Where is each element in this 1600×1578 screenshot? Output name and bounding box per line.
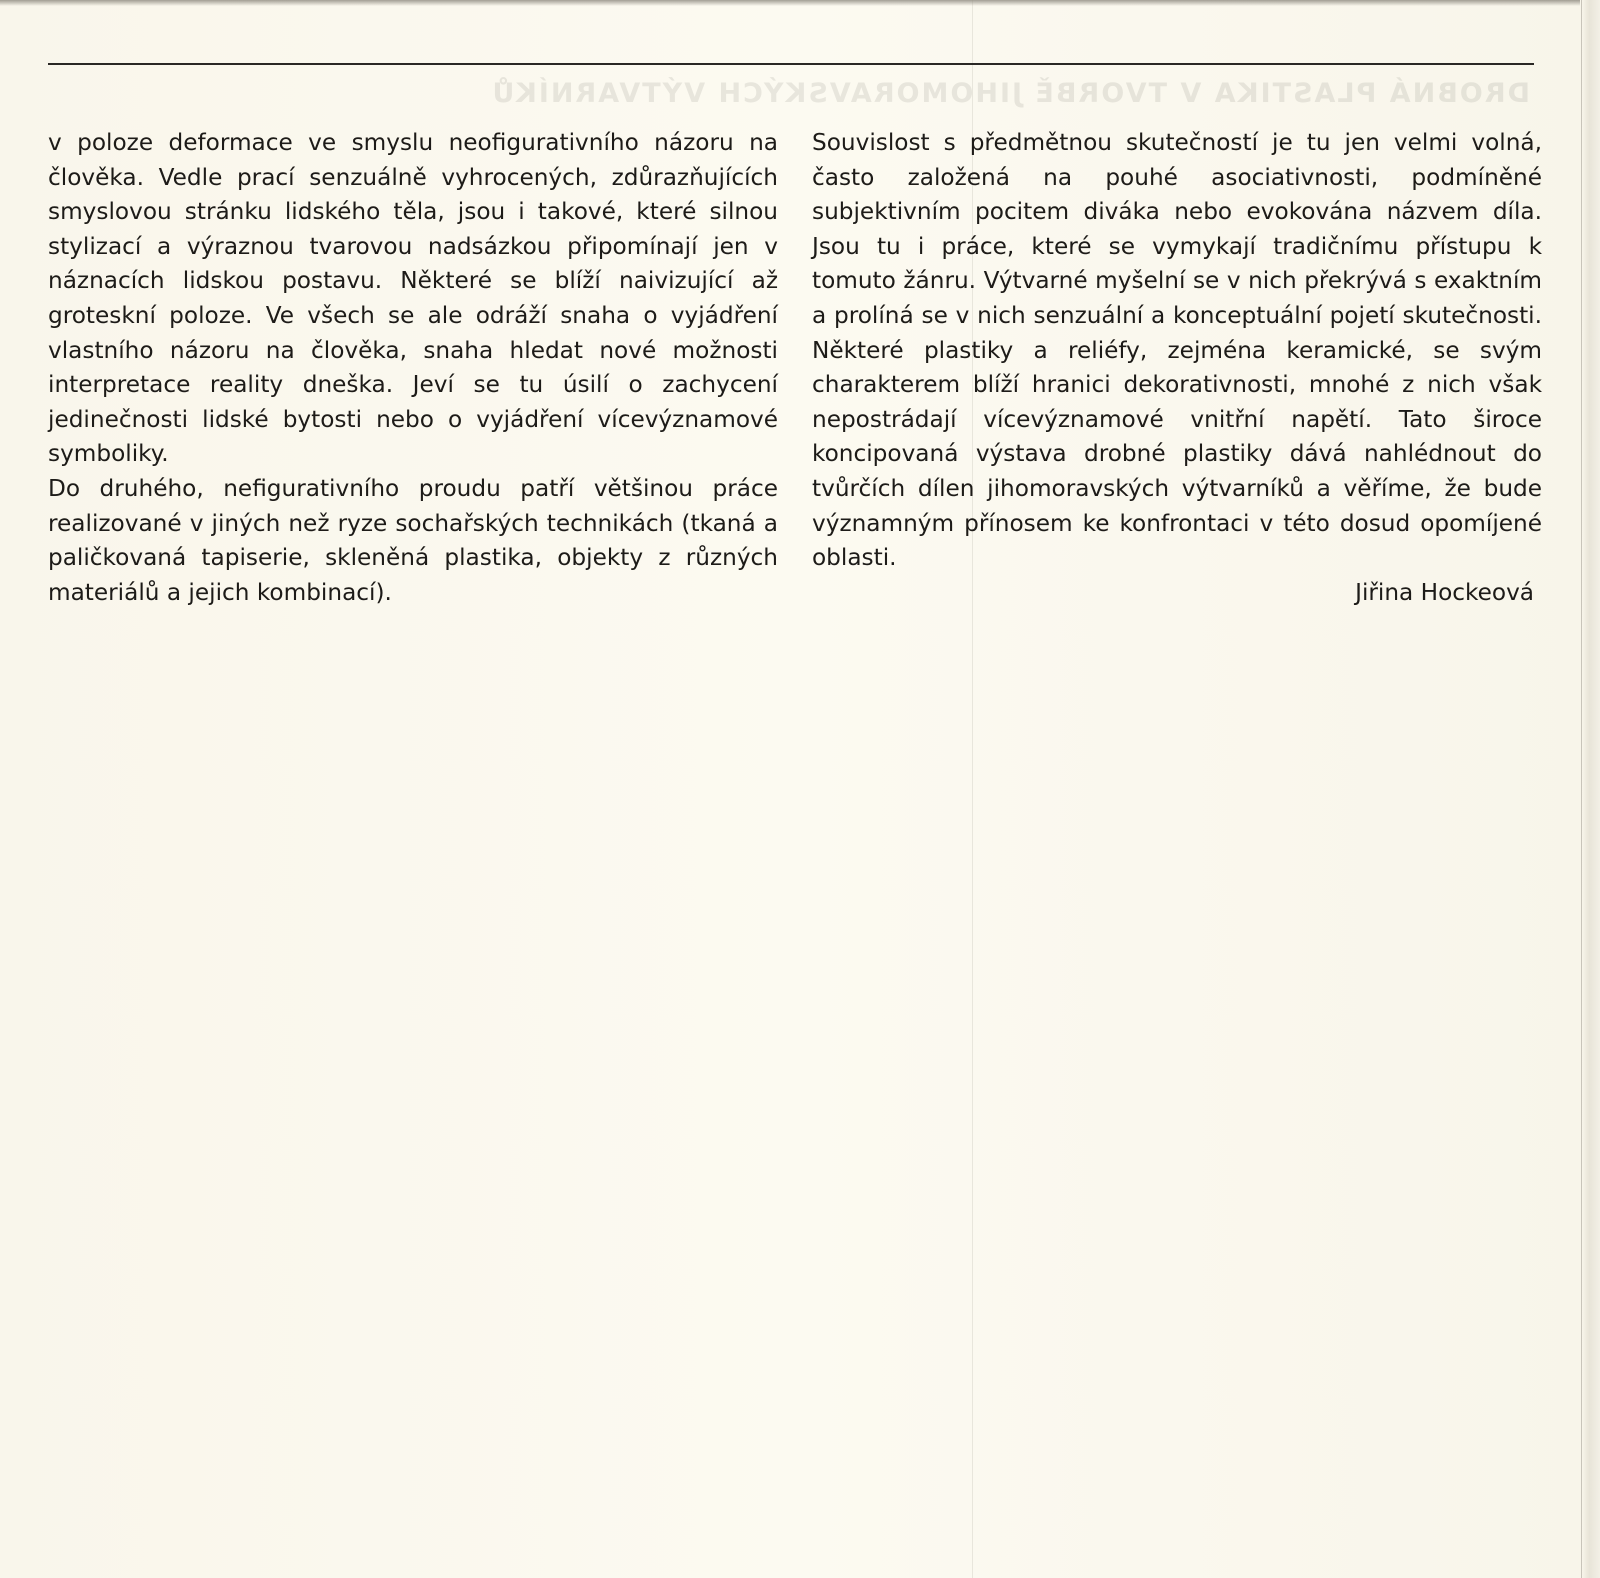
paragraph: Do druhého, nefigurativního proudu patří… [48,472,778,610]
right-column: Souvislost s předmětnou skutečností je t… [812,126,1542,610]
paragraph: v poloze deformace ve smyslu neofigurati… [48,126,778,472]
show-through-header: DROBNÁ PLASTIKA V TVORBĚ JIHOMORAVSKÝCH … [640,78,1530,109]
header-rule [48,63,1534,65]
paragraph: Souvislost s předmětnou skutečností je t… [812,126,1542,576]
scan-top-shadow [0,0,1580,6]
left-column: v poloze deformace ve smyslu neofigurati… [48,126,778,610]
document-page: DROBNÁ PLASTIKA V TVORBĚ JIHOMORAVSKÝCH … [0,0,1600,1578]
author-signature: Jiřina Hockeová [812,576,1542,611]
page-edge [1581,0,1600,1578]
